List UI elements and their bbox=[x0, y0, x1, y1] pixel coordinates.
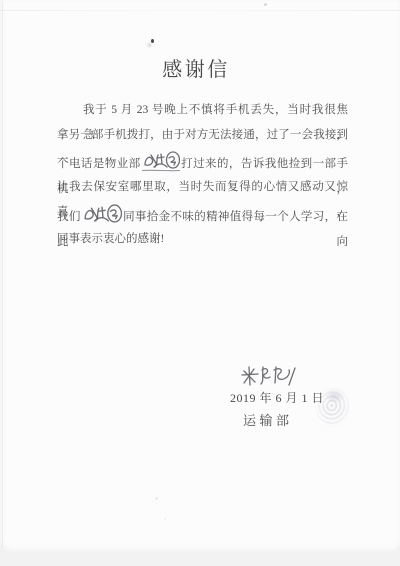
scan-edge-left bbox=[2, 2, 3, 548]
body-line-4: 让我去保安室哪里取，当时失而复得的心情又感动又惊喜， bbox=[57, 175, 348, 200]
handwritten-signature bbox=[240, 361, 296, 389]
body-line-1: 我于 5 月 23 号晚上不慎将手机丢失，当时我很焦急， bbox=[57, 98, 348, 123]
body-line-3: 个电话是物业部 打过来的，告诉我他捡到一部手机， bbox=[57, 149, 348, 174]
letter-title: 感谢信 bbox=[96, 56, 296, 84]
ink-speck bbox=[155, 497, 158, 500]
line-text: 同事表示衷心的感谢! bbox=[57, 233, 164, 245]
body-line-2: 拿另一部手机拨打，由于对方无法接通，过了一会我接到一 bbox=[57, 123, 348, 148]
ink-speck bbox=[151, 39, 154, 43]
handwritten-name-scribble bbox=[82, 201, 122, 227]
body-line-5: 我们 同事拾金不味的精神值得每一个人学习，在此向 bbox=[57, 201, 348, 226]
letter-page: 感谢信 我于 5 月 23 号晚上不慎将手机丢失，当时我很焦急， 拿另一部手机拨… bbox=[0, 0, 400, 552]
ink-speck bbox=[164, 518, 166, 520]
handwritten-name-scribble bbox=[142, 149, 180, 172]
department-name: 运输部 bbox=[243, 412, 293, 430]
scan-background: 感谢信 我于 5 月 23 号晚上不慎将手机丢失，当时我很焦急， 拿另一部手机拨… bbox=[0, 0, 400, 566]
ink-speck bbox=[264, 3, 267, 6]
line-text: 我们 bbox=[57, 211, 81, 223]
line-text: 个电话是物业部 bbox=[57, 158, 141, 170]
scan-edge-top bbox=[0, 10, 400, 11]
fingerprint-mark bbox=[306, 378, 361, 439]
body-line-6: 同事表示衷心的感谢! bbox=[57, 227, 348, 252]
